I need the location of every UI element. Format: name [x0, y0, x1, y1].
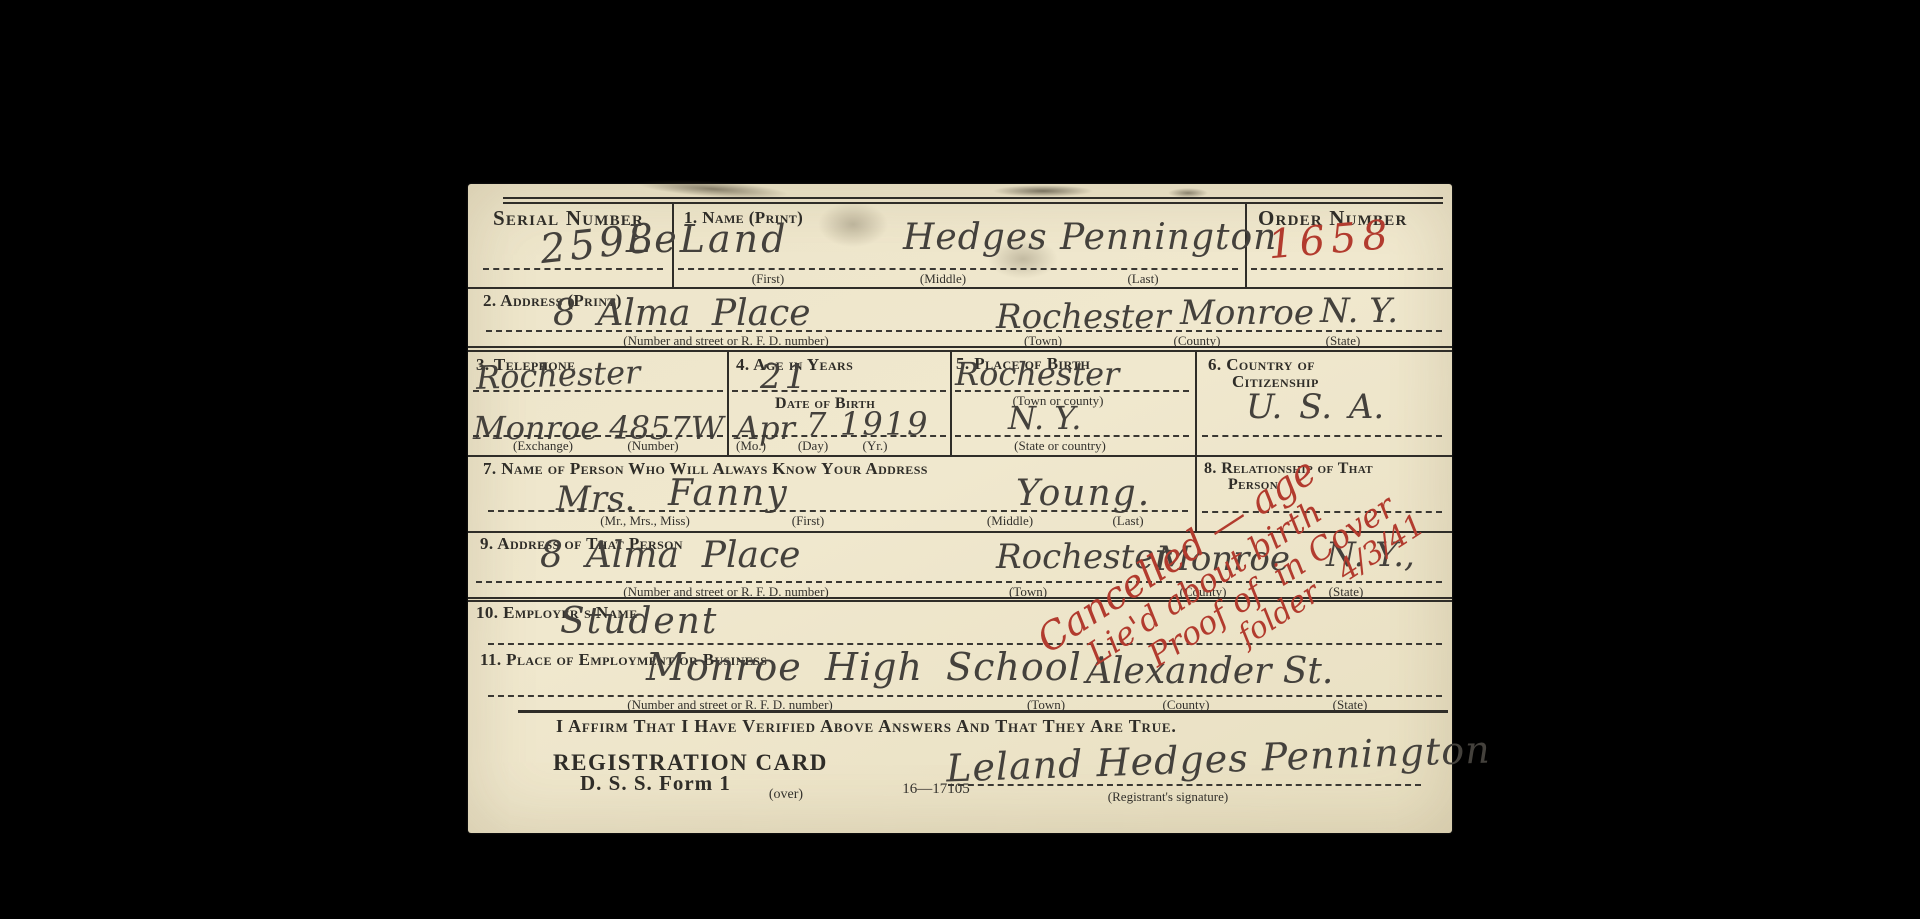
employer-value: Student	[560, 604, 718, 640]
sub-middle: (Middle)	[987, 514, 1033, 527]
write-line	[486, 330, 1442, 332]
birthplace-town-value: Rochester	[955, 358, 1119, 390]
write-line	[1251, 268, 1443, 270]
sub-number: (Number)	[627, 439, 678, 452]
address-town-value: Rochester	[996, 300, 1171, 334]
address-street-value: 8 Alma Place	[553, 296, 811, 332]
sub-first: (First)	[752, 272, 785, 285]
age-value: 21	[760, 360, 809, 394]
registrant-signature: Leland Hedges Pennington	[946, 731, 1492, 788]
write-line	[955, 435, 1189, 437]
ink-smudge	[993, 185, 1093, 197]
affirmation-statement: I Affirm That I Have Verified Above Answ…	[556, 716, 1177, 737]
write-line	[488, 510, 1188, 512]
form-number: D. S. S. Form 1	[580, 771, 731, 796]
write-line	[473, 435, 723, 437]
column-divider	[1195, 352, 1197, 455]
sub-state-or-country: (State or country)	[1014, 439, 1106, 452]
row-divider	[468, 346, 1452, 348]
screen-background: { "colors": { "background": "#000000", "…	[0, 0, 1920, 919]
write-line	[678, 268, 1238, 270]
write-line	[955, 390, 1189, 392]
rule-top	[503, 202, 1443, 204]
sub-last: (Last)	[1127, 272, 1158, 285]
row-divider	[468, 350, 1452, 352]
telephone-exchange-value: Rochester	[475, 356, 640, 394]
column-divider	[727, 352, 729, 455]
row-divider	[468, 287, 1452, 289]
citizenship-value: U. S. A.	[1246, 390, 1384, 424]
ink-smudge	[818, 202, 888, 247]
over-note: (over)	[769, 788, 803, 802]
rule-top	[503, 197, 1443, 199]
write-line	[732, 390, 946, 392]
name-middle-last-value: Hedges Pennington	[903, 220, 1277, 256]
order-number-value: 1658	[1266, 215, 1395, 266]
sub-yr: (Yr.)	[863, 439, 888, 452]
write-line	[483, 268, 663, 270]
registration-card-document: Serial Number 1. Name (Print) Order Numb…	[468, 184, 1452, 833]
write-line	[473, 390, 723, 392]
write-line	[732, 435, 946, 437]
contact-last-value: Young.	[1016, 476, 1151, 512]
contact-address-street-value: 8 Alma Place	[540, 538, 800, 574]
contact-first-value: Fanny	[668, 476, 789, 512]
rule-affirmation	[518, 710, 1448, 713]
sub-last: (Last)	[1112, 514, 1143, 527]
address-state-value: N. Y.	[1320, 294, 1398, 328]
sub-first: (First)	[792, 514, 825, 527]
sub-middle: (Middle)	[920, 272, 966, 285]
column-divider	[950, 352, 952, 455]
sub-mr-mrs-miss: (Mr., Mrs., Miss)	[600, 514, 690, 527]
signature-line	[948, 784, 1421, 786]
sub-exchange: (Exchange)	[513, 439, 573, 452]
address-county-value: Monroe	[1180, 296, 1314, 330]
sub-registrants-signature: (Registrant's signature)	[1108, 790, 1228, 803]
sub-day: (Day)	[798, 439, 828, 452]
birthplace-state-value: N. Y.	[1008, 402, 1081, 434]
sub-mo: (Mo.)	[736, 439, 766, 452]
employment-place-value: Monroe High School	[646, 648, 1082, 686]
telephone-number-value: Monroe 4857W	[473, 412, 724, 444]
name-first-value: LeLand	[626, 220, 788, 258]
